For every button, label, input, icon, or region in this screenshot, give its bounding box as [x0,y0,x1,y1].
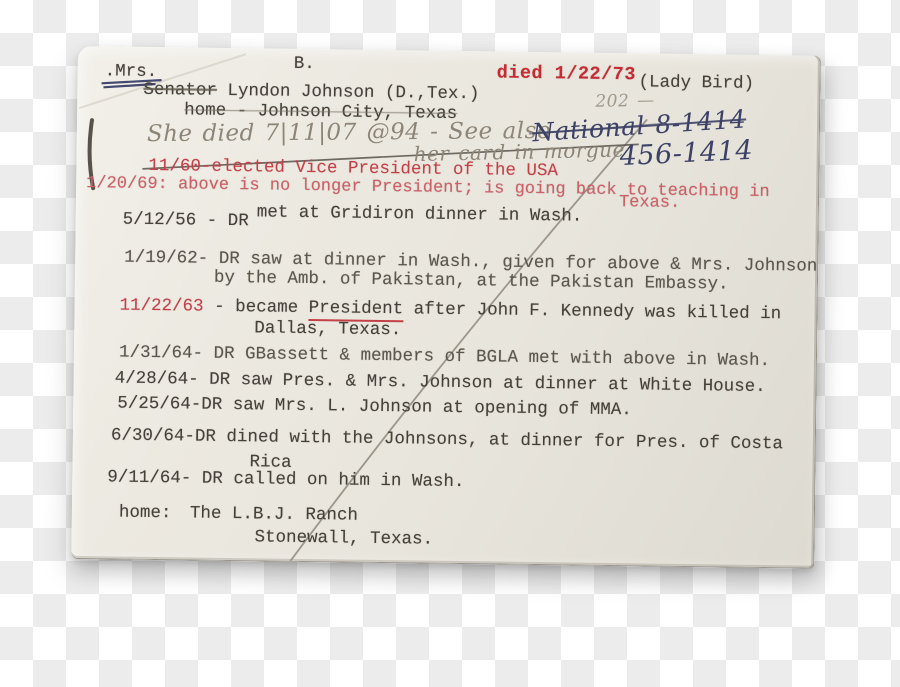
entry-1963-line2: Dallas, Texas. [254,319,401,340]
home-label: home: [119,504,172,524]
entry-1956-note: met at Gridiron dinner in Wash. [257,203,583,227]
home-city: Stonewall, Texas. [254,528,433,550]
entry-1963-post: after John F. Kennedy was killed in [403,299,781,324]
entry-sep-1964: 9/11/64- DR called on him in Wash. [107,468,464,492]
index-card: .Mrs. B. died 1/22/73 (Lady Bird) Senato… [71,46,821,569]
died-date-red: died 1/22/73 [497,63,636,85]
home-ranch: The L.B.J. Ranch [190,505,358,526]
card-letter: B. [294,55,315,75]
entry-1962-line2: by the Amb. of Pakistan, at the Pakistan… [214,269,729,295]
no-longer-president-note-2: Texas. [619,194,680,213]
transparency-checker-background: .Mrs. B. died 1/22/73 (Lady Bird) Senato… [0,0,900,687]
entry-apr-1964: 4/28/64- DR saw Pres. & Mrs. Johnson at … [115,370,766,398]
lady-bird-label: (Lady Bird) [638,73,754,94]
entry-jan-1964: 1/31/64- DR GBassett & members of BGLA m… [119,344,770,372]
entry-jun-1964-line1: 6/30/64-DR dined with the Johnsons, at d… [111,426,783,454]
area-code-note: 202 — [595,91,655,112]
entry-1963-line1: 11/22/63 - became President after John F… [119,297,781,325]
entry-1956-date: 5/12/56 - DR [123,211,249,232]
entry-1963-date-red: 11/22/63 [119,296,203,317]
entry-may-1964: 5/25/64-DR saw Mrs. L. Johnson at openin… [117,395,632,421]
entry-1963-pre: - became [203,297,308,318]
senator-struck: Senator [143,80,217,101]
new-phone-number: 456-1414 [619,135,754,172]
